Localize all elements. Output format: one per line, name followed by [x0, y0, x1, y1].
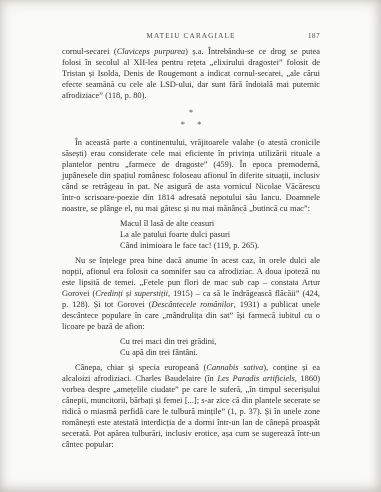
- paragraph: Cânepa, chiar și specia europeană (Canna…: [62, 362, 320, 450]
- italic-text: Descântecele românilor: [152, 300, 234, 309]
- verse-block: Cu trei maci din trei grădini,Cu apă din…: [120, 336, 320, 358]
- asterisk-separator: ** *: [62, 109, 320, 128]
- text-run: cornul-secarei (: [62, 47, 117, 56]
- italic-text: Credinți și superstiții: [95, 289, 168, 298]
- running-header: MATEIU CARAGIALE 187: [62, 31, 320, 43]
- italic-text: Les Paradis artificiels: [217, 374, 294, 383]
- verse-line: Când inimioara le face tac! (119, p. 265…: [120, 240, 320, 251]
- paragraph: În această parte a continentului, vrăjit…: [62, 137, 320, 214]
- verse-line: La ale patului foarte dulci pasuri: [120, 229, 320, 240]
- italic-text: Cannabis sativa: [206, 363, 263, 372]
- running-header-title: MATEIU CARAGIALE: [62, 31, 320, 40]
- verse-line: Cu trei maci din trei grădini,: [120, 336, 320, 347]
- page-body: cornul-secarei (Claviceps purpurea) ș.a.…: [62, 46, 320, 450]
- text-run: În această parte a continentului, vrăjit…: [62, 138, 320, 213]
- asterisk-row: * *: [62, 121, 320, 128]
- text-run: , 1860) vorbea despre „amețelile ciudate…: [62, 374, 320, 449]
- verse-line: Cu apă din trei fântâni.: [120, 347, 320, 358]
- paragraph: cornul-secarei (Claviceps purpurea) ș.a.…: [62, 46, 320, 101]
- italic-text: Claviceps purpurea: [117, 47, 185, 56]
- verse-block: Macul îl lasă de alte ceasuriLa ale patu…: [120, 218, 320, 251]
- verse-line: Macul îl lasă de alte ceasuri: [120, 218, 320, 229]
- paragraph: Nu se înțelege prea bine dacă anume în a…: [62, 255, 320, 332]
- asterisk-row: *: [62, 109, 320, 116]
- text-run: Cânepa, chiar și specia europeană (: [75, 363, 206, 372]
- page-number: 187: [308, 31, 320, 40]
